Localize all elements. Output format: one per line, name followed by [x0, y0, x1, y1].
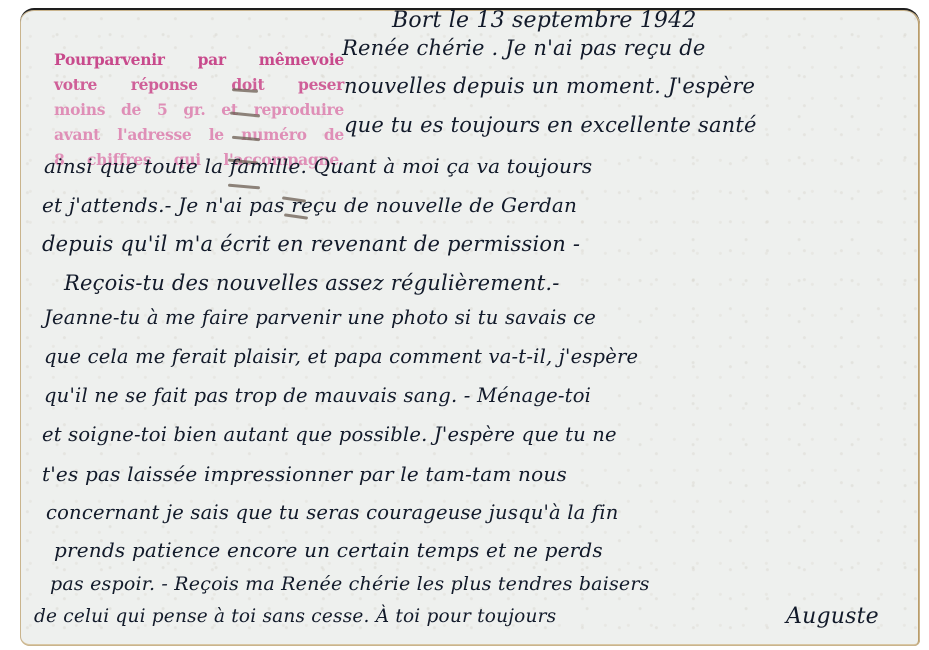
letter-line: qu'il ne se fait pas trop de mauvais san…	[44, 384, 591, 407]
letter-line: pas espoir. - Reçois ma Renée chérie les…	[50, 573, 650, 595]
letter-line: nouvelles depuis un moment. J'espère	[344, 74, 755, 98]
letter-line: et soigne-toi bien autant que possible. …	[42, 423, 617, 446]
stamp-line: moins de 5 gr. et reproduire	[54, 97, 344, 122]
stamp-line: avant l'adresse le numéro de	[54, 122, 344, 147]
cancellation-mark	[228, 184, 260, 190]
stamp-line: votre réponse doit peser	[54, 72, 344, 97]
letter-line: Jeanne-tu à me faire parvenir une photo …	[44, 306, 596, 329]
stamp-line: Pourparvenir par mêmevoie	[54, 47, 344, 72]
letter-line: concernant je sais que tu seras courageu…	[46, 501, 619, 524]
letter-line: t'es pas laissée impressionner par le ta…	[42, 462, 567, 486]
letter-line: Renée chérie . Je n'ai pas reçu de	[342, 36, 705, 60]
letter-signature: Auguste	[786, 604, 879, 629]
letter-line: que cela me ferait plaisir, et papa comm…	[44, 345, 638, 368]
letter-line: prends patience encore un certain temps …	[54, 538, 603, 562]
letter-line: depuis qu'il m'a écrit en revenant de pe…	[42, 232, 580, 256]
letter-line: de celui qui pense à toi sans cesse. À t…	[34, 606, 556, 627]
letter-line: Reçois-tu des nouvelles assez régulièrem…	[64, 271, 560, 295]
letter-dateline: Bort le 13 septembre 1942	[392, 8, 697, 33]
letter-line: ainsi que toute la famille. Quant à moi …	[44, 154, 592, 178]
letter-line: que tu es toujours en excellente santé	[344, 113, 757, 137]
letter-line: et j'attends.- Je n'ai pas reçu de nouve…	[42, 193, 577, 217]
postcard: Pourparvenir par mêmevoie votre réponse …	[20, 8, 920, 646]
